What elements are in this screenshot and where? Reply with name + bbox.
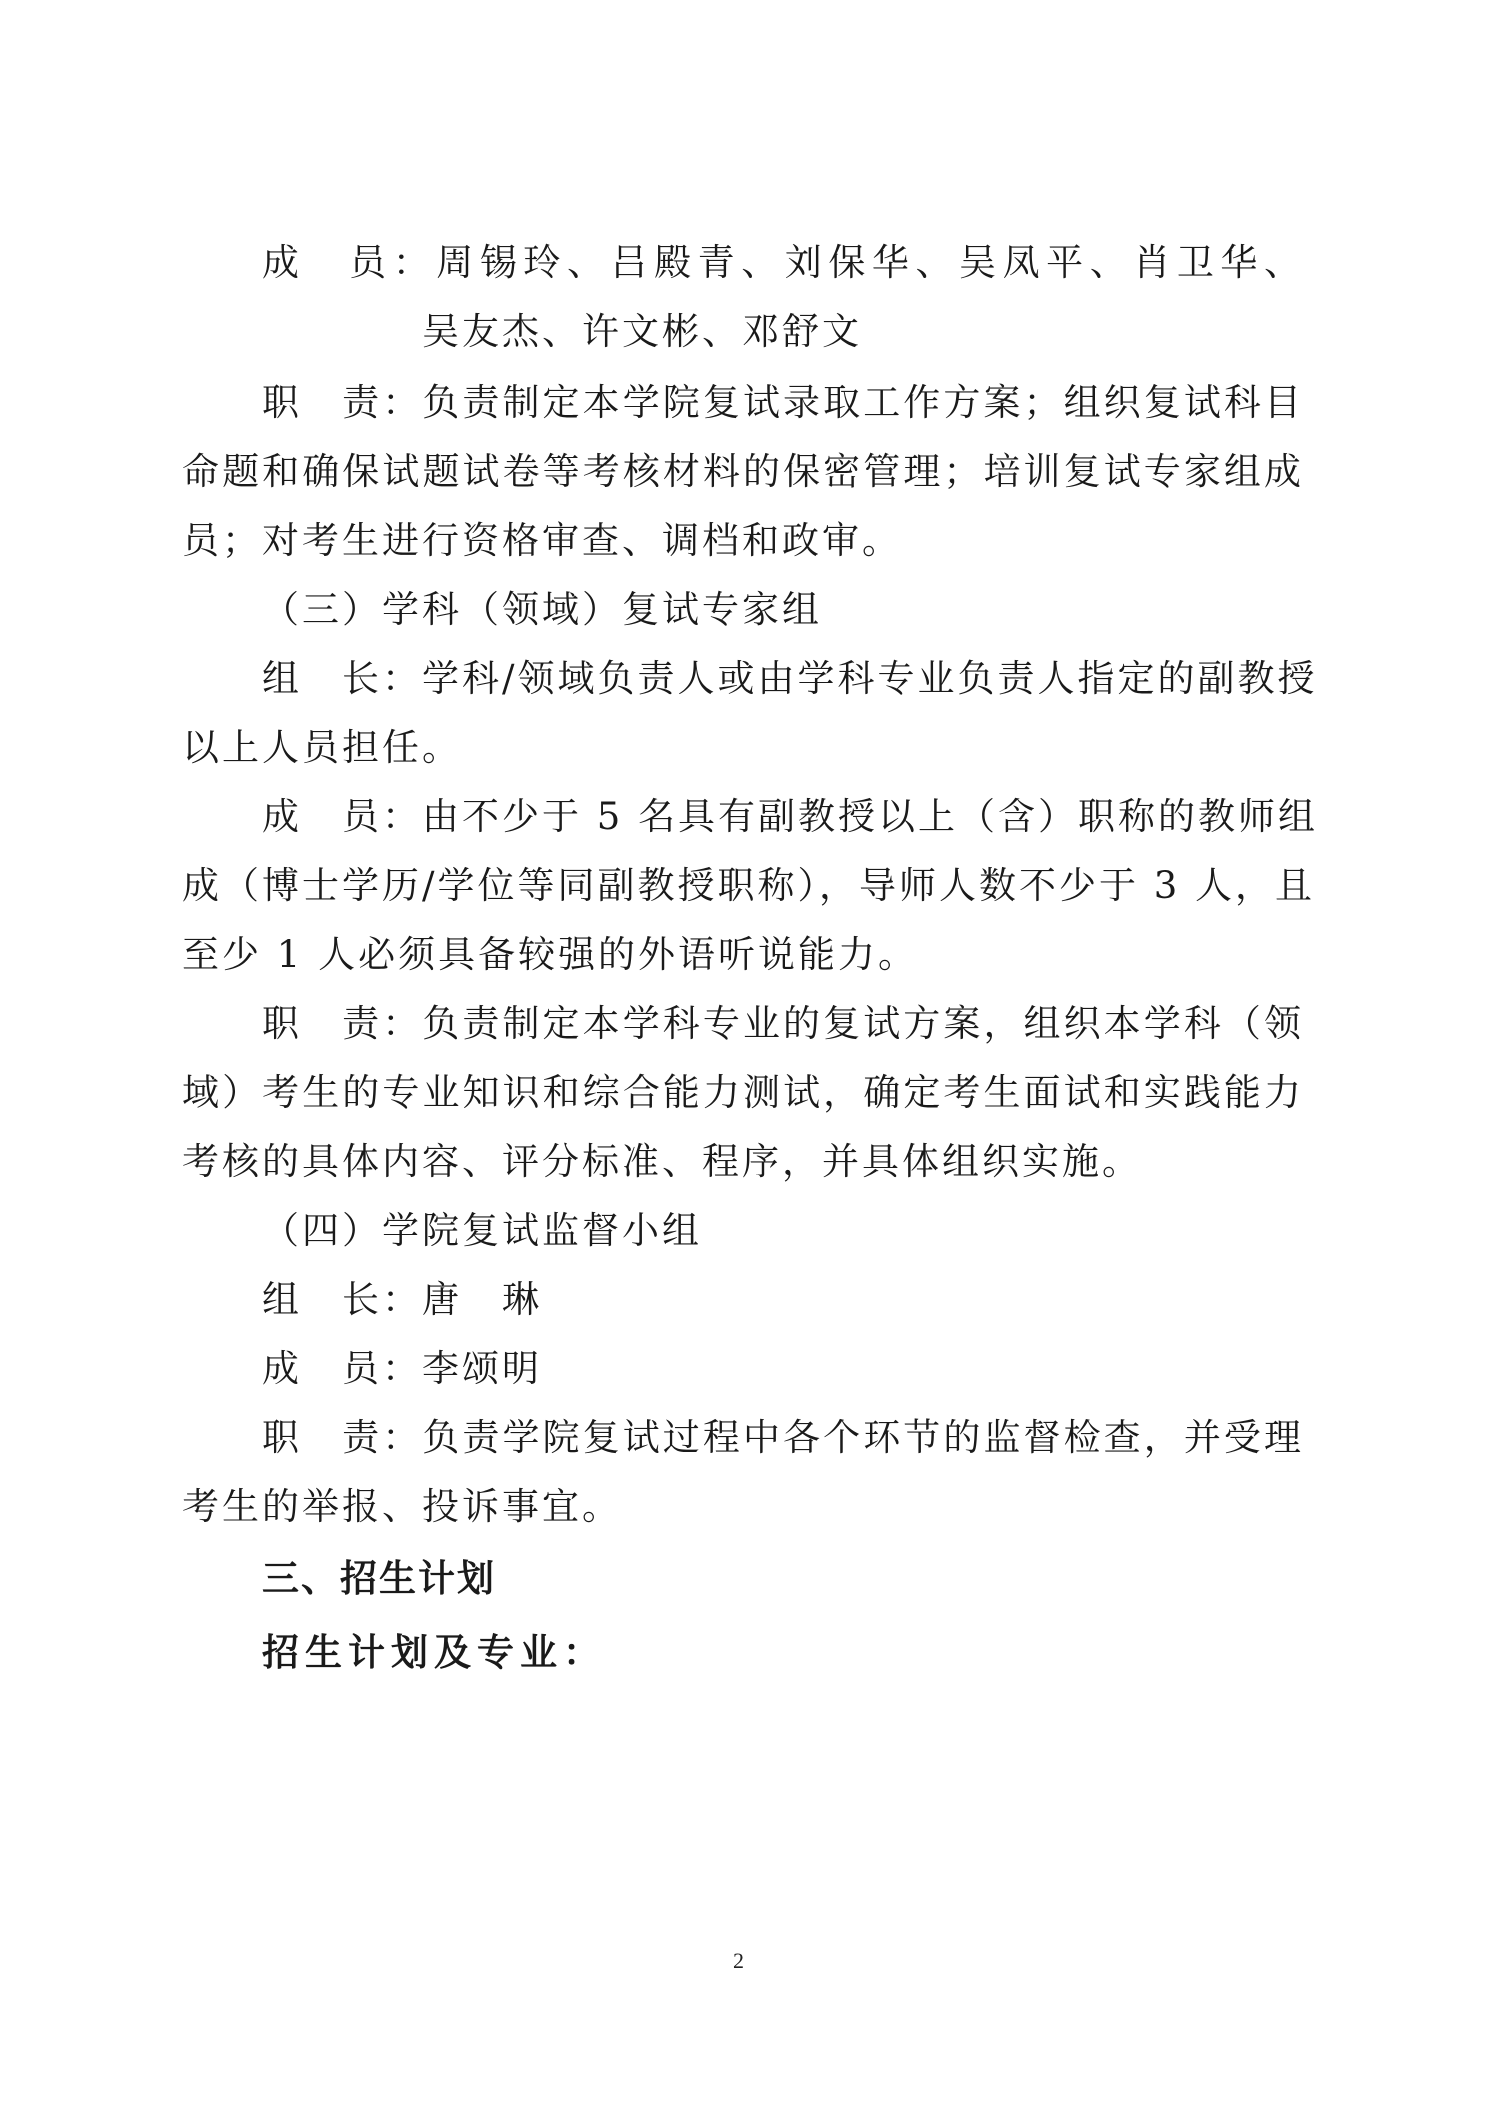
members-line-continued: 吴友杰、许文彬、邓舒文 [422,309,862,355]
supervision-members-line: 成 员：李颂明 [262,1346,542,1392]
page-number: 2 [733,1948,744,1974]
supervision-leader-line: 组 长：唐 琳 [262,1277,542,1323]
duties-line: 职 责：负责制定本学院复试录取工作方案；组织复试科目 [262,380,1304,426]
leader-line-end: 以上人员担任。 [182,725,462,771]
enrollment-plan-subheading: 招生计划及专业： [262,1630,606,1676]
expert-members-line-end: 至少 1 人必须具备较强的外语听说能力。 [182,932,918,978]
supervision-duties-line: 职 责：负责学院复试过程中各个环节的监督检查，并受理 [262,1415,1304,1461]
section-heading-expert-group: （三）学科（领域）复试专家组 [262,587,822,633]
document-page: 成 员：周锡玲、吕殿青、刘保华、吴凤平、肖卫华、 吴友杰、许文彬、邓舒文 职 责… [0,0,1486,2103]
expert-duties-line-continued: 域）考生的专业知识和综合能力测试，确定考生面试和实践能力 [182,1070,1304,1116]
duties-line-continued: 命题和确保试题试卷等考核材料的保密管理；培训复试专家组成 [182,449,1304,495]
members-line: 成 员：周锡玲、吕殿青、刘保华、吴凤平、肖卫华、 [262,240,1304,286]
expert-members-line-continued: 成（博士学历/学位等同副教授职称），导师人数不少于 3 人，且 [182,863,1304,909]
leader-line: 组 长：学科/领域负责人或由学科专业负责人指定的副教授 [262,656,1304,702]
duties-line-end: 员；对考生进行资格审查、调档和政审。 [182,518,902,564]
section-heading-enrollment-plan: 三、招生计划 [262,1556,496,1602]
expert-duties-line: 职 责：负责制定本学科专业的复试方案，组织本学科（领 [262,1001,1304,1047]
section-heading-supervision-group: （四）学院复试监督小组 [262,1208,702,1254]
supervision-duties-line-end: 考生的举报、投诉事宜。 [182,1484,622,1530]
expert-members-line: 成 员：由不少于 5 名具有副教授以上（含）职称的教师组 [262,794,1304,840]
expert-duties-line-end: 考核的具体内容、评分标准、程序，并具体组织实施。 [182,1139,1142,1185]
